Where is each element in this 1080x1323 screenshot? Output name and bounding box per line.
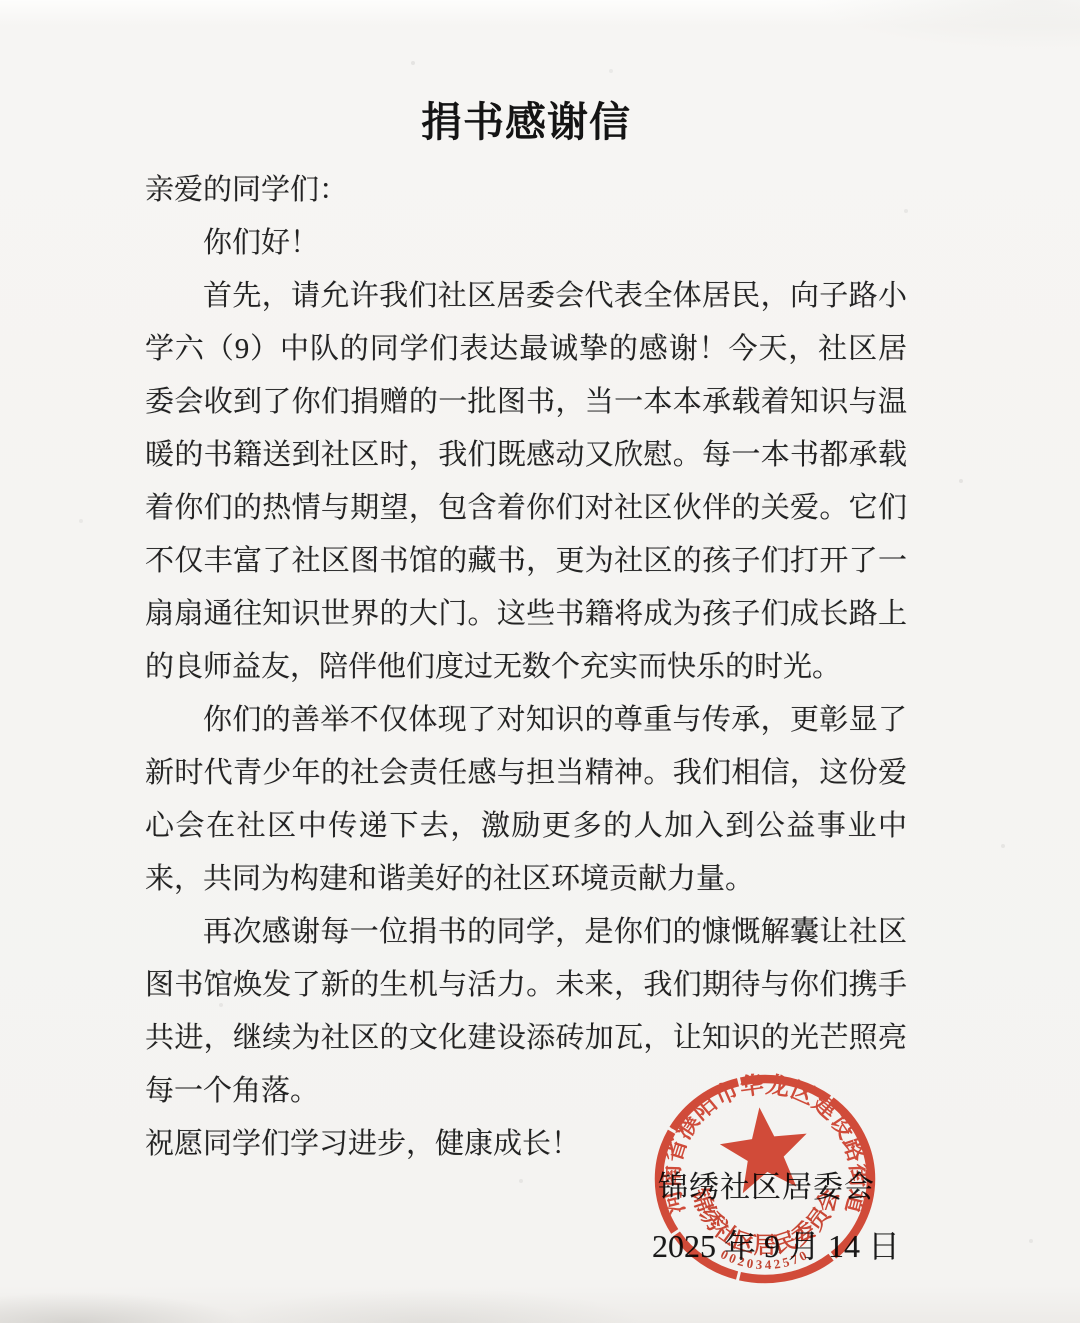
letter-date: 2025 年 9 月 14 日 [652,1226,900,1266]
scanned-letter-page: 捐书感谢信 亲爱的同学们： 你们好！ 首先，请允许我们社区居委会代表全体居民，向… [0,0,1080,1323]
signature-org-name: 锦绣社区居委会 [658,1170,875,1206]
paragraph-1: 首先，请允许我们社区居委会代表全体居民，向子路小学六（9）中队的同学们表达最诚挚… [145,270,907,694]
paragraph-3: 再次感谢每一位捐书的同学，是你们的慷慨解囊让社区图书馆焕发了新的生机与活力。未来… [145,906,907,1118]
letter-body: 捐书感谢信 亲爱的同学们： 你们好！ 首先，请允许我们社区居委会代表全体居民，向… [145,96,907,1171]
scan-noise [0,0,2,2]
closing-wish: 祝愿同学们学习进步，健康成长！ [145,1118,907,1171]
paragraph-2: 你们的善举不仅体现了对知识的尊重与传承，更彰显了新时代青少年的社会责任感与担当精… [145,694,907,906]
letter-title: 捐书感谢信 [145,96,907,148]
greeting: 你们好！ [145,217,907,270]
salutation: 亲爱的同学们： [145,164,907,217]
